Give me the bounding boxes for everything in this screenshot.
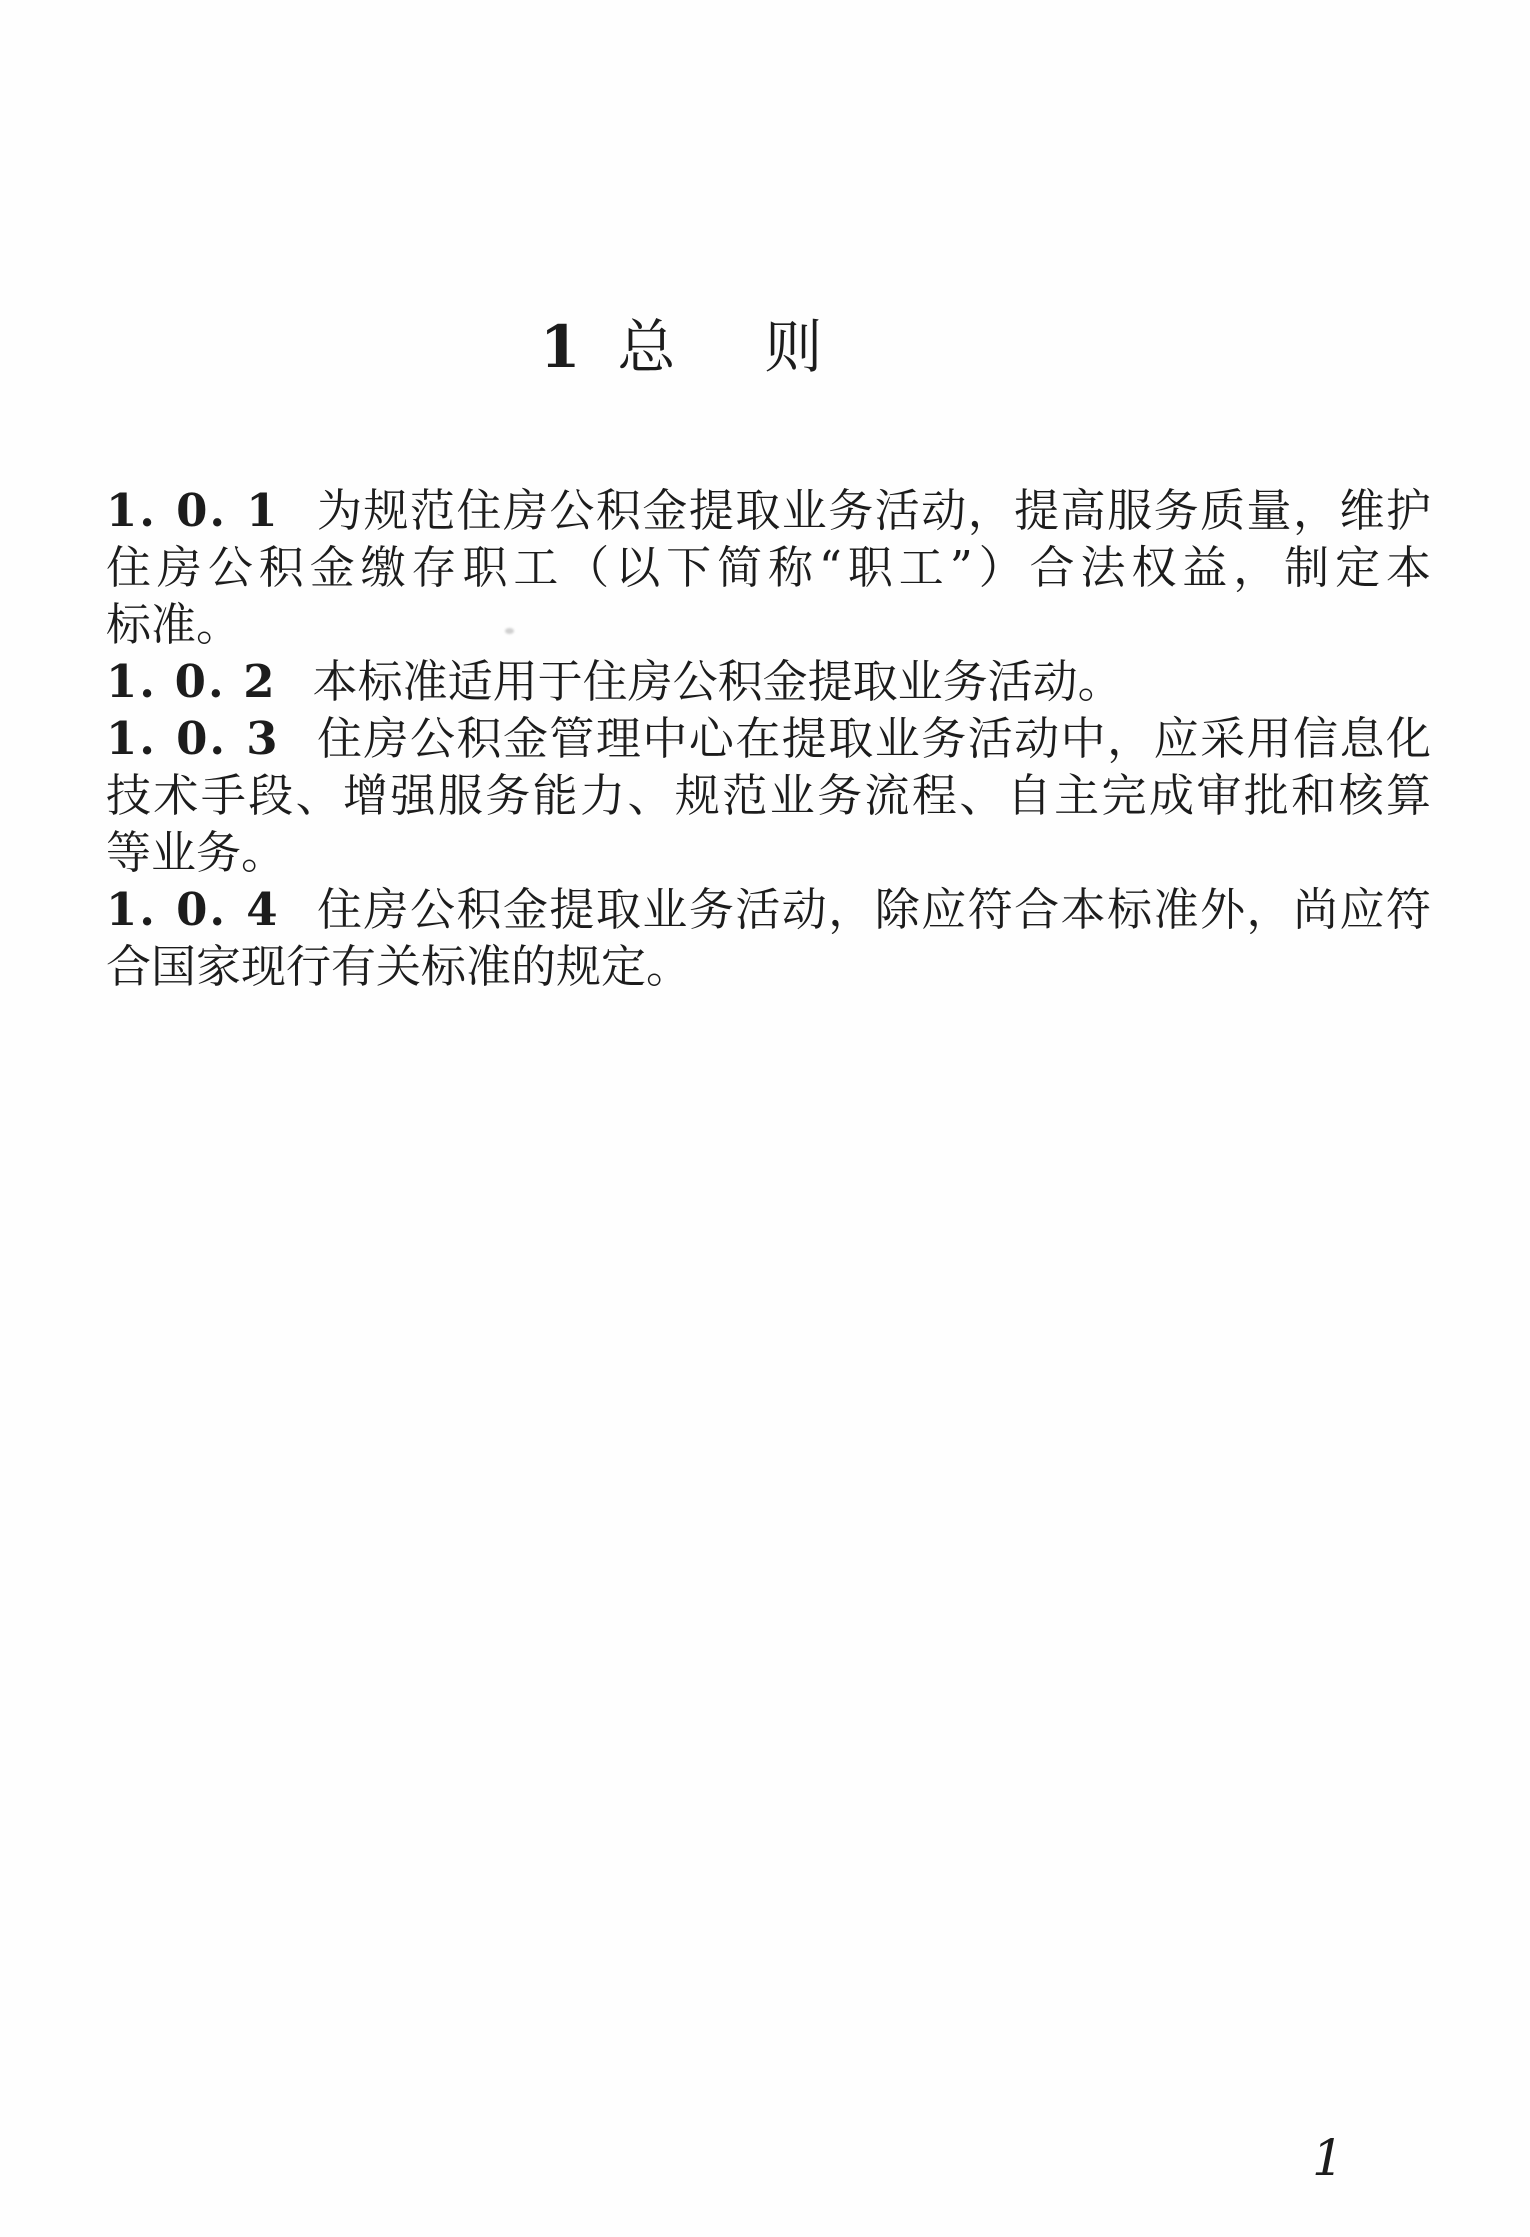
clause-1-0-1-line-1: 1. 0. 1为规范住房公积金提取业务活动，提高服务质量，维护 (106, 482, 1431, 539)
clause-text: 等业务。 (106, 826, 286, 879)
clause-1-0-3-line-2: 技术手段、增强服务能力、规范业务流程、自主完成审批和核算 (106, 767, 1431, 824)
clause-text: 为规范住房公积金提取业务活动，提高服务质量，维护 (316, 484, 1431, 537)
chapter-title-char-1: 总 (617, 316, 675, 378)
clause-text: 技术手段、增强服务能力、规范业务流程、自主完成审批和核算 (106, 769, 1431, 822)
chapter-title-char-2: 则 (764, 316, 822, 378)
clause-text: 本标准适用于住房公积金提取业务活动。 (313, 655, 1123, 708)
clause-number: 1. 0. 2 (106, 655, 277, 708)
clause-number: 1. 0. 1 (106, 484, 280, 537)
chapter-title: 1 总 则 (540, 316, 822, 378)
document-page: 1 总 则 1. 0. 1为规范住房公积金提取业务活动，提高服务质量，维护 住房… (0, 0, 1530, 2237)
clause-1-0-3-line-3: 等业务。 (106, 824, 1431, 881)
clause-text: 标准。 (106, 598, 241, 651)
clause-number: 1. 0. 4 (106, 883, 280, 936)
clause-1-0-4-line-1: 1. 0. 4住房公积金提取业务活动，除应符合本标准外，尚应符 (106, 881, 1431, 938)
clause-text: 住房公积金缴存职工（以下简称“职工”）合法权益，制定本 (106, 541, 1431, 594)
clause-text: 合国家现行有关标准的规定。 (106, 940, 691, 993)
clause-text: 住房公积金管理中心在提取业务活动中，应采用信息化 (316, 712, 1431, 765)
chapter-number: 1 (540, 316, 580, 378)
body-text: 1. 0. 1为规范住房公积金提取业务活动，提高服务质量，维护 住房公积金缴存职… (106, 482, 1431, 995)
clause-1-0-4-line-2: 合国家现行有关标准的规定。 (106, 938, 1431, 995)
page-number: 1 (1312, 2130, 1344, 2186)
scan-artifact (505, 628, 514, 634)
clause-1-0-3-line-1: 1. 0. 3住房公积金管理中心在提取业务活动中，应采用信息化 (106, 710, 1431, 767)
clause-1-0-1-line-2: 住房公积金缴存职工（以下简称“职工”）合法权益，制定本 (106, 539, 1431, 596)
clause-text: 住房公积金提取业务活动，除应符合本标准外，尚应符 (316, 883, 1431, 936)
clause-1-0-1-line-3: 标准。 (106, 596, 1431, 653)
clause-number: 1. 0. 3 (106, 712, 280, 765)
clause-1-0-2-line-1: 1. 0. 2本标准适用于住房公积金提取业务活动。 (106, 653, 1431, 710)
